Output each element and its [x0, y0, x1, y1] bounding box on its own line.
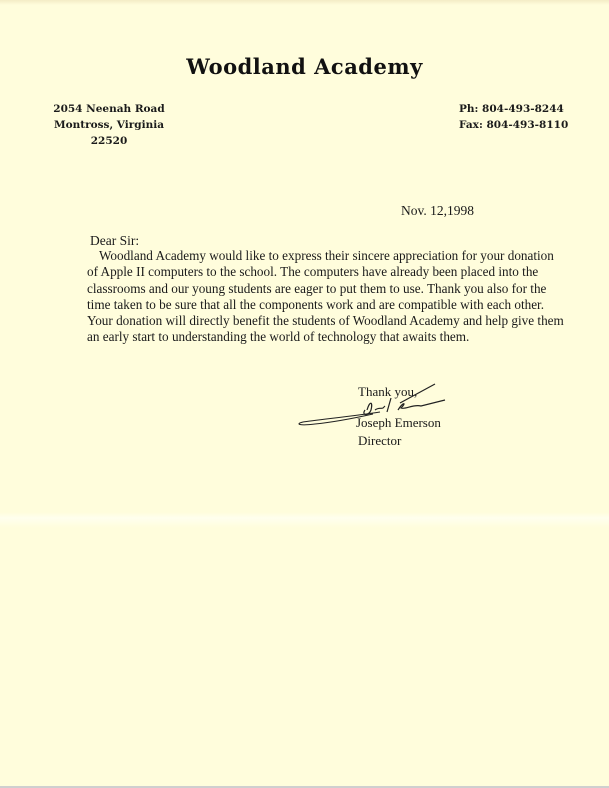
signer-title: Director: [358, 433, 401, 449]
body-line: Your donation will directly benefit the …: [87, 313, 587, 329]
letter-date: Nov. 12,1998: [401, 203, 474, 219]
address-line-1: 2054 Neenah Road: [48, 101, 170, 117]
body-line: classrooms and our young students are ea…: [87, 281, 587, 297]
letterhead-title: Woodland Academy: [0, 54, 609, 79]
letter-body: Woodland Academy would like to express t…: [87, 248, 587, 346]
letterhead-address: 2054 Neenah Road Montross, Virginia 2252…: [48, 101, 170, 149]
body-line: an early start to understanding the worl…: [87, 329, 587, 345]
body-line: of Apple II computers to the school. The…: [87, 264, 587, 280]
fax-number: Fax: 804-493-8110: [459, 117, 568, 133]
phone-number: Ph: 804-493-8244: [459, 101, 568, 117]
salutation: Dear Sir:: [90, 233, 139, 249]
body-line: time taken to be sure that all the compo…: [87, 297, 587, 313]
address-line-2: Montross, Virginia 22520: [48, 117, 170, 149]
letter-page: Woodland Academy 2054 Neenah Road Montro…: [0, 0, 609, 788]
body-line: Woodland Academy would like to express t…: [87, 248, 587, 264]
letterhead-contact: Ph: 804-493-8244 Fax: 804-493-8110: [459, 101, 568, 133]
signer-name: Joseph Emerson: [356, 415, 441, 431]
